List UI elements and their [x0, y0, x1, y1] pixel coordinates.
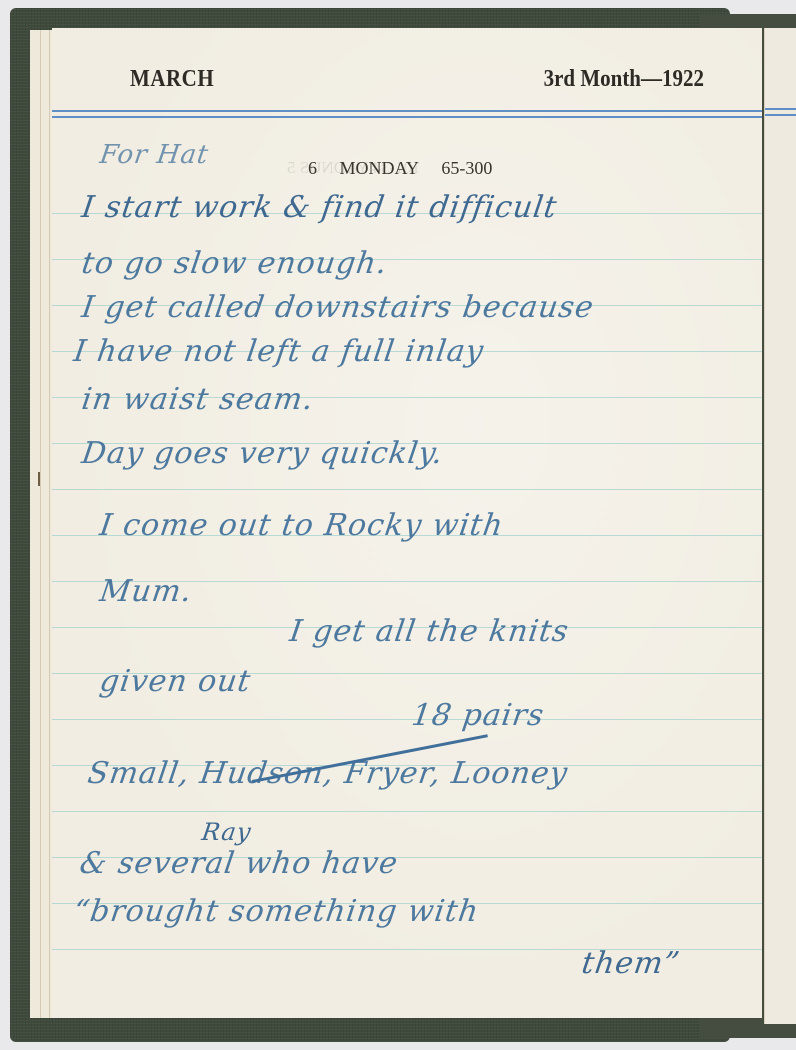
handwritten-line: “brought something with: [72, 894, 482, 929]
margin-note: For Hat: [98, 140, 211, 170]
handwritten-line: in waist seam.: [80, 382, 317, 417]
day-weekday: MONDAY: [340, 158, 419, 178]
handwritten-line: Mum.: [98, 574, 195, 609]
ruled-line: [52, 719, 762, 720]
ruled-line: [52, 811, 762, 812]
handwritten-line: I come out to Rocky with: [98, 508, 506, 543]
handwritten-line: 18 pairs: [410, 698, 547, 733]
handwritten-line: them”: [580, 946, 683, 981]
handwritten-insertion: Ray: [200, 818, 253, 846]
handwritten-line: & several who have: [78, 846, 401, 881]
handwritten-line: to go slow enough.: [80, 246, 390, 281]
facing-header-rule-2: [765, 114, 796, 116]
page-stack-edge-inner: [40, 30, 50, 1018]
handwritten-line: I get called downstairs because: [80, 290, 597, 325]
header-month: MARCH: [130, 64, 214, 93]
handwritten-line: I have not left a full inlay: [72, 334, 487, 369]
day-heading: 6 MONDAY 65-300: [308, 158, 510, 179]
facing-page-edge: [764, 28, 796, 1024]
handwritten-line: I get all the knits: [288, 614, 572, 649]
handwritten-line: I start work & find it difficult: [80, 190, 560, 225]
handwritten-line: Small, Hudson, Fryer, Looney: [86, 756, 571, 791]
day-count: 65-300: [441, 158, 492, 178]
binding-stitch: [38, 472, 46, 486]
facing-header-rule: [765, 108, 796, 110]
ruled-line: [52, 489, 762, 490]
day-date: 6: [308, 158, 317, 178]
header-rule-bottom: [52, 116, 762, 118]
diary-page: 101-34 YADNUS 5 MARCH 3rd Month—1922 6 M…: [52, 28, 762, 1018]
handwritten-line: given out: [98, 664, 254, 699]
header-rule-top: [52, 110, 762, 112]
header-month-year: 3rd Month—1922: [544, 64, 704, 93]
handwritten-line: Day goes very quickly.: [80, 436, 446, 471]
